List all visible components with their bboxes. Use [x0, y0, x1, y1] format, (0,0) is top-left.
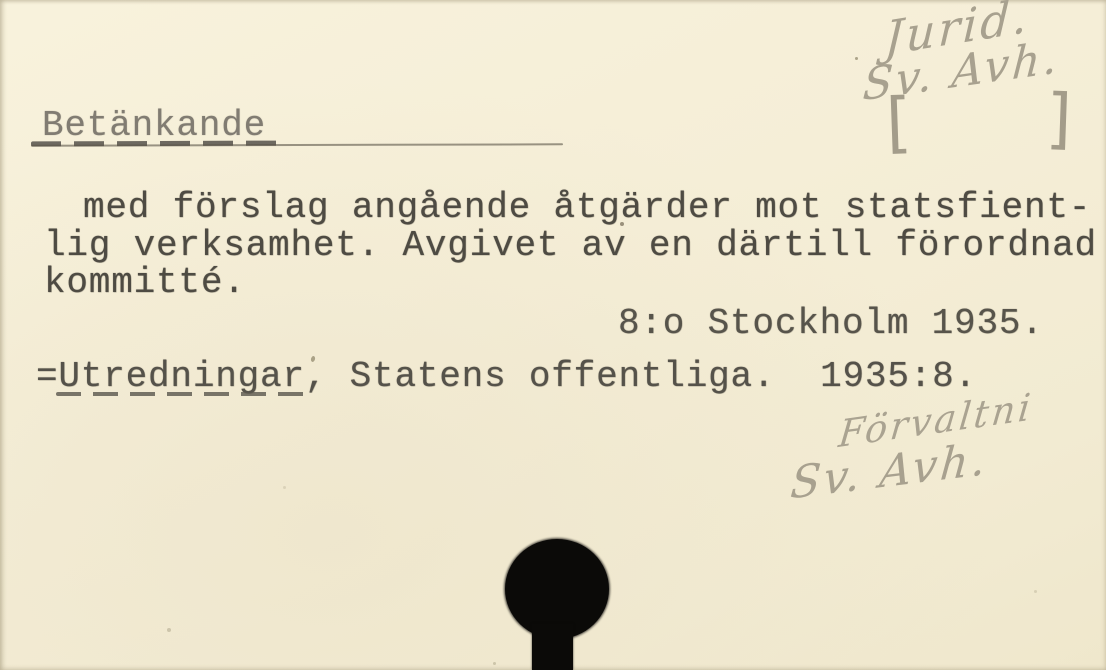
paper-speck	[167, 628, 171, 632]
handwritten-classification-bottom-line2: Sv. Avh.	[789, 437, 990, 506]
handwritten-bracket-open: [	[885, 90, 913, 157]
series-note-line: =Utredningar, Statens offentliga. 1935:8…	[36, 359, 977, 395]
card-heading: Betänkande	[42, 108, 266, 144]
series-dashed-underline	[56, 392, 308, 396]
handwritten-bracket-close: ]	[1045, 86, 1073, 153]
catalog-card: Jurid. Sv. Avh. [ ] Betänkande med försl…	[0, 0, 1106, 670]
paper-speck	[493, 662, 496, 665]
punch-hole-slot	[532, 624, 573, 670]
body-text-line: kommitté.	[44, 265, 246, 301]
body-text-line: med förslag angående åtgärder mot statsf…	[83, 190, 1091, 226]
body-text-line: lig verksamhet. Avgivet av en därtill fö…	[44, 228, 1097, 264]
paper-speck	[283, 486, 286, 489]
paper-speck	[620, 222, 624, 226]
imprint-line: 8:o Stockholm 1935.	[618, 306, 1044, 342]
paper-speck	[1034, 590, 1037, 593]
paper-speck	[855, 57, 858, 60]
heading-ruled-line	[31, 143, 563, 146]
